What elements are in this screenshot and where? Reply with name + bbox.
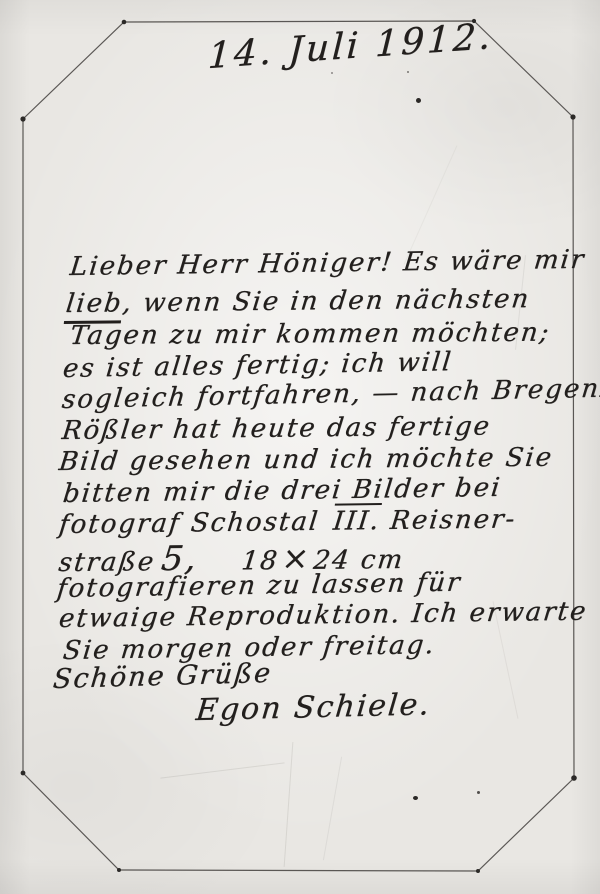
body-line: Rößler hat heute das fertige: [60, 411, 492, 446]
ink-speck: [407, 71, 409, 73]
body-line: bitten mir die drei Bilder bei: [61, 473, 503, 509]
letter-photograph: 14. Juli 1912. Lieber Herr Höniger! Es w…: [0, 0, 600, 894]
body-line-rest: , wenn Sie in den nächsten: [121, 284, 532, 318]
body-line: lieb, wenn Sie in den nächsten: [64, 284, 532, 319]
underlined-word: lieb: [64, 288, 125, 324]
body-line-address: fotograf SchostalIII.Reisner-: [57, 504, 518, 540]
body-line: Bild gesehen und ich möchte Sie: [57, 443, 554, 477]
roman-numeral-district: III.: [332, 503, 383, 537]
signature-line: Egon Schiele.: [194, 687, 432, 728]
ink-speck: [477, 791, 480, 794]
ink-speck: [331, 72, 333, 74]
body-line: Tagen zu mir kommen möchten;: [68, 318, 552, 351]
closing-line: Schöne Grüße: [52, 658, 274, 695]
ink-speck: [413, 796, 418, 800]
address-pre: fotograf Schostal: [57, 507, 321, 540]
address-post: Reisner-: [389, 504, 518, 536]
ink-speck: [416, 98, 421, 103]
